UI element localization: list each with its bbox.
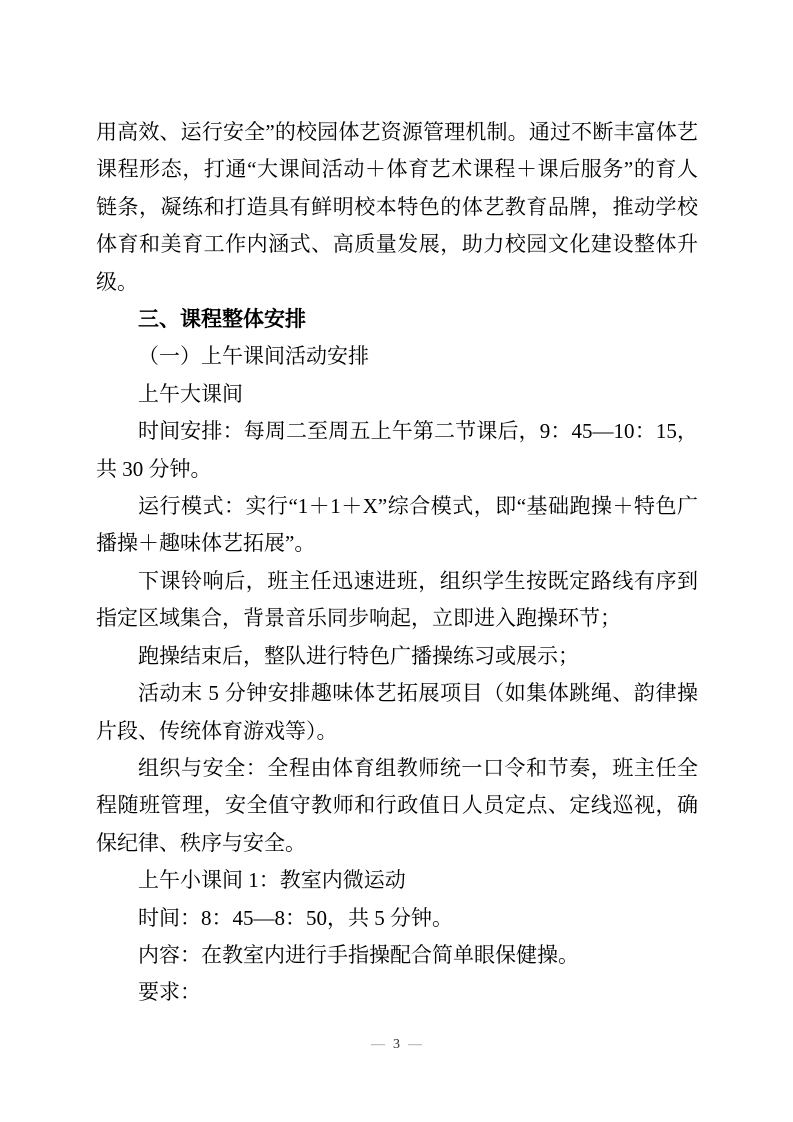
paragraph: 时间：8：45—8：50，共 5 分钟。	[96, 900, 698, 937]
paragraph: 上午大课间	[96, 376, 698, 413]
paragraph: 时间安排：每周二至周五上午第二节课后，9：45—10：15，共 30 分钟。	[96, 413, 698, 488]
footer-right-dash: —	[408, 1037, 422, 1052]
footer-left-dash: —	[371, 1037, 385, 1052]
document-page: 用高效、运行安全”的校园体艺资源管理机制。通过不断丰富体艺课程形态，打通“大课间…	[0, 0, 793, 1122]
section-heading: 三、课程整体安排	[96, 301, 698, 338]
paragraph: 活动末 5 分钟安排趣味体艺拓展项目（如集体跳绳、韵律操片段、传统体育游戏等）。	[96, 675, 698, 750]
footer-page-number: —3—	[0, 1036, 793, 1054]
subsection-heading: （一）上午课间活动安排	[96, 338, 698, 375]
paragraph: 运行模式：实行“1＋1＋X”综合模式，即“基础跑操＋特色广播操＋趣味体艺拓展”。	[96, 488, 698, 563]
paragraph: 下课铃响后，班主任迅速进班，组织学生按既定路线有序到指定区域集合，背景音乐同步响…	[96, 563, 698, 638]
paragraph-continuation: 用高效、运行安全”的校园体艺资源管理机制。通过不断丰富体艺课程形态，打通“大课间…	[96, 114, 698, 301]
document-body: 用高效、运行安全”的校园体艺资源管理机制。通过不断丰富体艺课程形态，打通“大课间…	[96, 114, 698, 1012]
paragraph: 组织与安全：全程由体育组教师统一口令和节奏，班主任全程随班管理，安全值守教师和行…	[96, 750, 698, 862]
paragraph: 内容：在教室内进行手指操配合简单眼保健操。	[96, 937, 698, 974]
paragraph: 要求：	[96, 974, 698, 1011]
paragraph: 跑操结束后，整队进行特色广播操练习或展示；	[96, 638, 698, 675]
paragraph: 上午小课间 1：教室内微运动	[96, 862, 698, 899]
page-number: 3	[385, 1037, 408, 1052]
